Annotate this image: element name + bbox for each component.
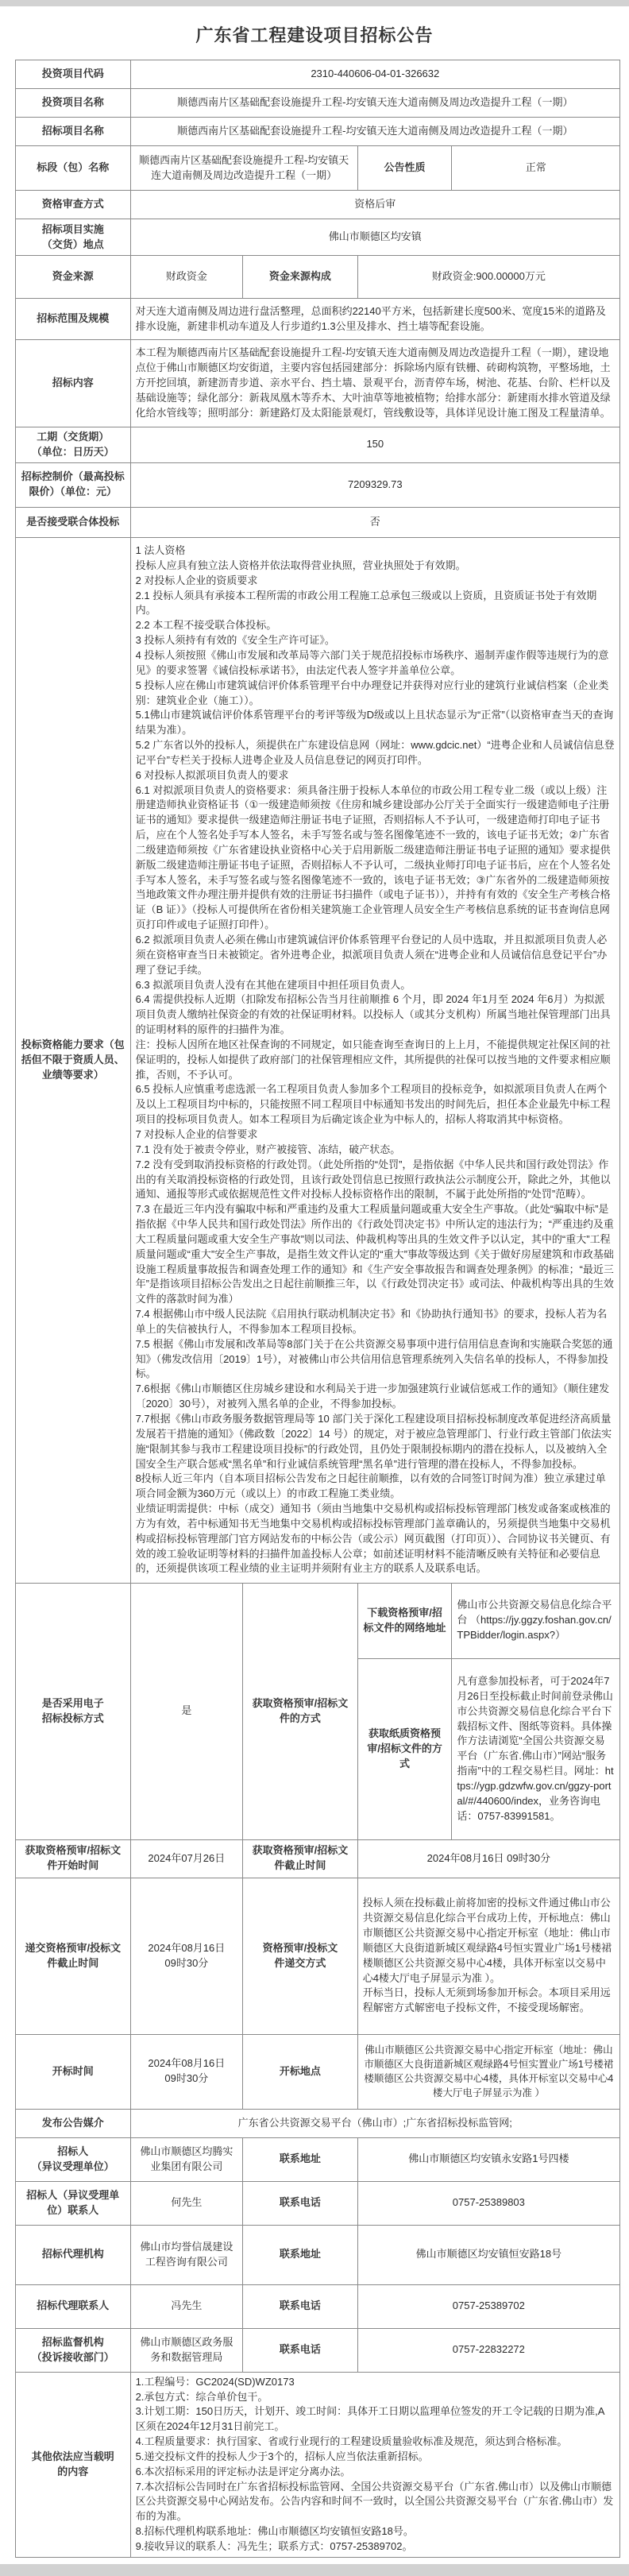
row-consortium: 是否接受联合体投标 否 — [16, 507, 620, 537]
row-section-name: 标段（包）名称 顺德西南片区基础配套设施提升工程-均安镇天连大道南侧及周边改造提… — [16, 146, 620, 191]
location-label: 招标项目实施 （交货）地点 — [16, 219, 131, 256]
section-name-value: 顺德西南片区基础配套设施提升工程-均安镇天连大道南侧及周边改造提升工程（一期） — [130, 146, 357, 191]
agency-tel-value: 0757-25389702 — [357, 2284, 619, 2328]
doc-end-label: 获取资格预审/招标文件截止时间 — [243, 1839, 358, 1878]
other-content-label: 其他依法应当载明 的内容 — [16, 2372, 131, 2557]
supervisor-label: 招标监督机构 （投诉接收部门） — [16, 2328, 131, 2372]
qualification-requirements-label: 投标资格能力要求（包括但不限于资质人员、业绩等要求） — [16, 537, 131, 1583]
download-url-label: 下载资格预审/招标文件的网络地址 — [357, 1583, 452, 1658]
row-qualification-method: 资格审查方式 资格后审 — [16, 191, 620, 219]
paper-method-label: 获取纸质资格预审/招标文件的方式 — [357, 1658, 452, 1839]
screenshot-top-border — [0, 0, 629, 6]
opening-place-label: 开标地点 — [243, 2034, 358, 2109]
row-invest-name: 投资项目名称 顺德西南片区基础配套设施提升工程-均安镇天连大道南侧及周边改造提升… — [16, 89, 620, 118]
row-tenderer: 招标人 （异议受理单位） 佛山市顺德区均腾实业集团有限公司 联系地址 佛山市顺德… — [16, 2137, 620, 2181]
opening-place-value: 佛山市顺德区公共资源交易中心指定开标室（地址：佛山市顺德区大良街道新城区观绿路4… — [357, 2034, 619, 2109]
other-content-value: 1.工程编号：GC2024(SD)WZ0173 2.承包方式：综合单价包干。 3… — [130, 2372, 619, 2557]
row-doc-obtain-time: 获取资格预审/招标文件开始时间 2024年07月26日 获取资格预审/招标文件截… — [16, 1839, 620, 1878]
page-title: 广东省工程建设项目招标公告 — [0, 22, 629, 47]
row-media: 发布公告媒介 广东省公共资源交易平台（佛山市）;广东省招标投标监管网; — [16, 2109, 620, 2137]
control-price-value: 7209329.73 — [130, 462, 619, 507]
submission-method-value: 投标人须在投标截止前将加密的投标文件通过佛山市公共资源交易信息化综合平台成功上传… — [357, 1878, 619, 2034]
content-value: 本工程为顺德西南片区基础配套设施提升工程-均安镇天连大道南侧及周边改造提升工程（… — [130, 340, 619, 427]
row-agency: 招标代理机构 佛山市均誉信晟建设工程咨询有限公司 联系地址 佛山市顺德区均安镇恒… — [16, 2225, 620, 2284]
agency-value: 佛山市均誉信晟建设工程咨询有限公司 — [130, 2225, 243, 2284]
duration-label: 工期（交货期） （单位：日历天） — [16, 427, 131, 463]
tenderer-contact-value: 何先生 — [130, 2181, 243, 2225]
scope-value: 对天连大道南侧及周边进行盘活整理，总面积约22140平方米，包括新建长度500米… — [130, 299, 619, 340]
supervisor-value: 佛山市顺德区政务服务和数据管理局 — [130, 2328, 243, 2372]
agency-tel-label: 联系电话 — [243, 2284, 358, 2328]
row-content: 招标内容 本工程为顺德西南片区基础配套设施提升工程-均安镇天连大道南侧及周边改造… — [16, 340, 620, 427]
tenderer-tel-value: 0757-25389803 — [357, 2181, 619, 2225]
row-other-content: 其他依法应当载明 的内容 1.工程编号：GC2024(SD)WZ0173 2.承… — [16, 2372, 620, 2557]
notice-nature-label: 公告性质 — [357, 146, 452, 191]
row-agency-contact: 招标代理联系人 冯先生 联系电话 0757-25389702 — [16, 2284, 620, 2328]
row-qualification-requirements: 投标资格能力要求（包括但不限于资质人员、业绩等要求） 1 法人资格 投标人应具有… — [16, 537, 620, 1583]
tenderer-label: 招标人 （异议受理单位） — [16, 2137, 131, 2181]
agency-address-label: 联系地址 — [243, 2225, 358, 2284]
row-submission: 递交资格预审/投标文件截止时间 2024年08月16日 09时30分 资格预审/… — [16, 1878, 620, 2034]
tenderer-address-value: 佛山市顺德区均安镇永安路1号四楼 — [357, 2137, 619, 2181]
funding-composition-value: 财政资金:900.00000万元 — [357, 256, 619, 299]
scope-label: 招标范围及规模 — [16, 299, 131, 340]
row-tender-name: 招标项目名称 顺德西南片区基础配套设施提升工程-均安镇天连大道南侧及周边改造提升… — [16, 118, 620, 146]
content-label: 招标内容 — [16, 340, 131, 427]
funding-label: 资金来源 — [16, 256, 131, 299]
supervisor-tel-value: 0757-22832272 — [357, 2328, 619, 2372]
row-e-bidding: 是否采用电子 招标投标方式 是 获取资格预审/招标文件的方式 下载资格预审/招标… — [16, 1583, 620, 1658]
doc-start-value: 2024年07月26日 — [130, 1839, 243, 1878]
section-name-label: 标段（包）名称 — [16, 146, 131, 191]
doc-start-label: 获取资格预审/招标文件开始时间 — [16, 1839, 131, 1878]
duration-value: 150 — [130, 427, 619, 463]
row-project-code: 投资项目代码 2310-440606-04-01-326632 — [16, 60, 620, 89]
invest-name-value: 顺德西南片区基础配套设施提升工程-均安镇天连大道南侧及周边改造提升工程（一期） — [130, 89, 619, 118]
media-label: 发布公告媒介 — [16, 2109, 131, 2137]
row-duration: 工期（交货期） （单位：日历天） 150 — [16, 427, 620, 463]
row-location: 招标项目实施 （交货）地点 佛山市顺德区均安镇 — [16, 219, 620, 256]
agency-contact-label: 招标代理联系人 — [16, 2284, 131, 2328]
download-url-value: 佛山市公共资源交易信息化综合平台 （https://jy.ggzy.foshan… — [452, 1583, 620, 1658]
tender-name-value: 顺德西南片区基础配套设施提升工程-均安镇天连大道南侧及周边改造提升工程（一期） — [130, 118, 619, 146]
paper-method-value: 凡有意参加投标者，可于2024年7月26日至投标截止时间前登录佛山市公共资源交易… — [452, 1658, 620, 1839]
row-opening: 开标时间 2024年08月16日 09时30分 开标地点 佛山市顺德区公共资源交… — [16, 2034, 620, 2109]
invest-name-label: 投资项目名称 — [16, 89, 131, 118]
consortium-label: 是否接受联合体投标 — [16, 507, 131, 537]
project-code-label: 投资项目代码 — [16, 60, 131, 89]
tender-name-label: 招标项目名称 — [16, 118, 131, 146]
qualification-method-value: 资格后审 — [130, 191, 619, 219]
submission-method-label: 资格预审/投标文 件递交方式 — [243, 1878, 358, 2034]
control-price-label: 招标控制价（最高投标限价）（单位：元） — [16, 462, 131, 507]
submission-deadline-label: 递交资格预审/投标文件截止时间 — [16, 1878, 131, 2034]
submission-deadline-value: 2024年08月16日 09时30分 — [130, 1878, 243, 2034]
project-code-value: 2310-440606-04-01-326632 — [130, 60, 619, 89]
tenderer-contact-label: 招标人（异议受理单位）联系人 — [16, 2181, 131, 2225]
agency-address-value: 佛山市顺德区均安镇恒安路18号 — [357, 2225, 619, 2284]
opening-time-label: 开标时间 — [16, 2034, 131, 2109]
e-bidding-value: 是 — [130, 1583, 243, 1839]
agency-contact-value: 冯先生 — [130, 2284, 243, 2328]
media-value: 广东省公共资源交易平台（佛山市）;广东省招标投标监管网; — [130, 2109, 619, 2137]
consortium-value: 否 — [130, 507, 619, 537]
tenderer-address-label: 联系地址 — [243, 2137, 358, 2181]
e-bidding-label: 是否采用电子 招标投标方式 — [16, 1583, 131, 1839]
row-control-price: 招标控制价（最高投标限价）（单位：元） 7209329.73 — [16, 462, 620, 507]
row-funding: 资金来源 财政资金 资金来源构成 财政资金:900.00000万元 — [16, 256, 620, 299]
notice-nature-value: 正常 — [452, 146, 620, 191]
screenshot-bottom-border — [0, 2564, 629, 2576]
qualification-requirements-value: 1 法人资格 投标人应具有独立法人资格并依法取得营业执照，营业执照处于有效期。 … — [130, 537, 619, 1583]
agency-label: 招标代理机构 — [16, 2225, 131, 2284]
qualification-method-label: 资格审查方式 — [16, 191, 131, 219]
opening-time-value: 2024年08月16日 09时30分 — [130, 2034, 243, 2109]
row-supervisor: 招标监督机构 （投诉接收部门） 佛山市顺德区政务服务和数据管理局 联系电话 07… — [16, 2328, 620, 2372]
supervisor-tel-label: 联系电话 — [243, 2328, 358, 2372]
doc-end-value: 2024年08月16日 09时30分 — [357, 1839, 619, 1878]
tenderer-value: 佛山市顺德区均腾实业集团有限公司 — [130, 2137, 243, 2181]
row-tenderer-contact: 招标人（异议受理单位）联系人 何先生 联系电话 0757-25389803 — [16, 2181, 620, 2225]
tenderer-tel-label: 联系电话 — [243, 2181, 358, 2225]
tender-announcement-table: 投资项目代码 2310-440606-04-01-326632 投资项目名称 顺… — [15, 60, 620, 2558]
obtain-method-label: 获取资格预审/招标文件的方式 — [243, 1583, 358, 1839]
funding-value: 财政资金 — [130, 256, 243, 299]
funding-composition-label: 资金来源构成 — [243, 256, 358, 299]
row-scope: 招标范围及规模 对天连大道南侧及周边进行盘活整理，总面积约22140平方米，包括… — [16, 299, 620, 340]
location-value: 佛山市顺德区均安镇 — [130, 219, 619, 256]
